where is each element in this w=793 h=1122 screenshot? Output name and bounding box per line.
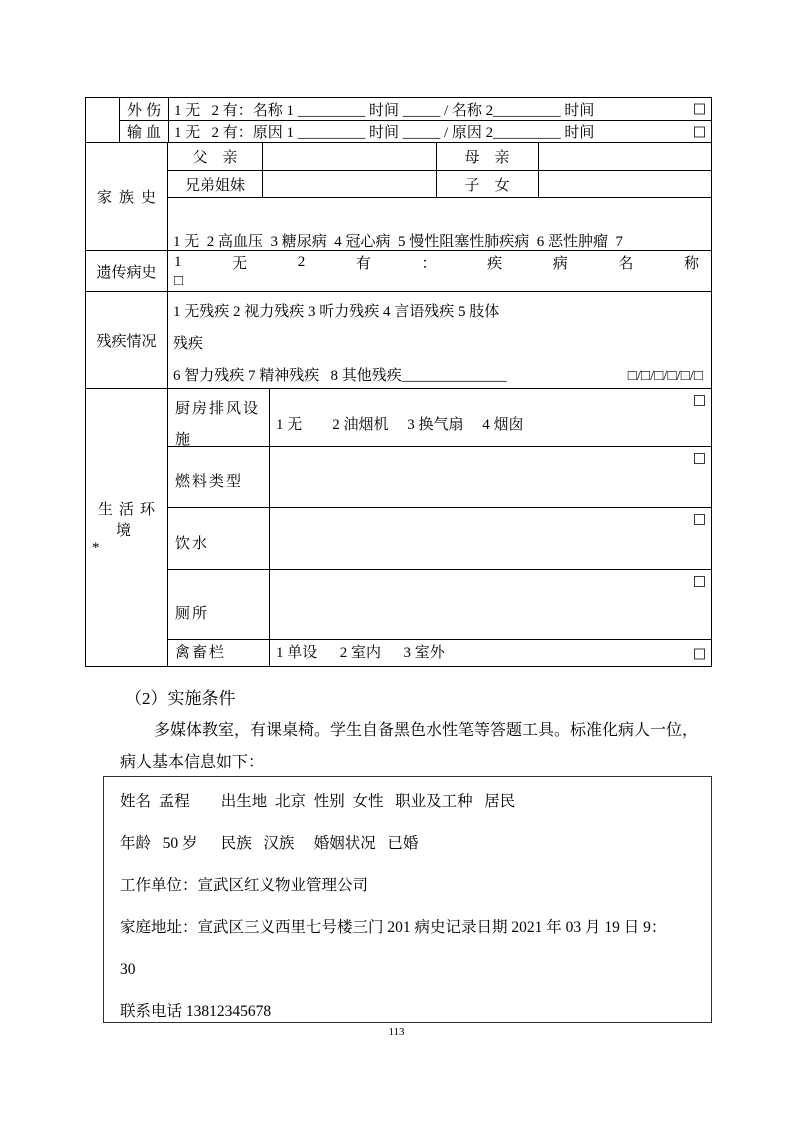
father-label: 父 亲 [168, 143, 262, 170]
livestock-pen-options: 1 单设 2 室内 3 室外 [269, 640, 711, 667]
drinking-water-options: 1 自来水 2 经净化过滤的水 3 井水 4 河湖水 5 塘 水 6 其他 [269, 508, 711, 569]
paragraph-line1: 多媒体教室，有课桌椅。学生自备黑色水性笔等答题工具。标准化病人一位， [154, 717, 698, 740]
page-number: 113 [0, 1026, 793, 1038]
checkbox-icon[interactable]: □ [168, 272, 711, 290]
checkbox-icon[interactable] [694, 576, 705, 587]
checkbox-icon[interactable] [694, 126, 705, 137]
disability-line1: 1 无残疾 2 视力残疾 3 听力残疾 4 言语残疾 5 肢体 [173, 296, 703, 328]
living-env-label-text: 生活环境 [86, 498, 167, 540]
family-history-label: 家族史 [86, 143, 167, 250]
patient-record-time-continuation: 30 [120, 949, 699, 991]
genetic-opt-1: 1 [174, 254, 182, 271]
patient-info-box: 姓名 孟程 出生地 北京 性别 女性 职业及工种 居民 年龄 50 岁 民族 汉… [103, 776, 712, 1023]
genetic-char-name2: 称 [684, 252, 699, 273]
disability-checkbox-sequence[interactable]: □/□/□/□/□/□ [628, 360, 703, 392]
empty-merged-cell [86, 98, 119, 142]
mother-value-cell[interactable] [538, 143, 712, 170]
genetic-char-name1: 名 [618, 252, 633, 273]
family-options-line1: 1 无 2 高血压 3 糖尿病 4 冠心病 5 慢性阻塞性肺疾病 6 恶性肿瘤 … [173, 234, 711, 250]
children-label: 子 女 [436, 171, 538, 197]
genetic-char-disease1: 疾 [487, 252, 502, 273]
fuel-type-row: 燃料类型 1 液化气 2 煤 3 天然气 4 沼气 5 柴火 6 其他 [168, 446, 711, 507]
father-value-cell[interactable] [262, 143, 436, 170]
siblings-label: 兄弟姐妹 [168, 171, 262, 197]
trauma-transfusion-band: 外伤 1 无 2 有：名称 1 _________ 时间 _____ / 名称 … [86, 98, 711, 142]
kitchen-vent-options-text: 1 无 2 油烟机 3 换气扇 4 烟囱 [276, 410, 711, 441]
toilet-options: 1 卫生厕所 2 一格或二格粪池式 3 马桶 4 露天粪坑 5 简易棚厕 [269, 570, 711, 639]
toilet-options-line1: 1 卫生厕所 2 一格或二格粪池式 3 马桶 4 露天粪坑 5 [276, 638, 711, 639]
livestock-pen-label: 禽畜栏 [168, 640, 269, 667]
patient-employer-line: 工作单位：宣武区红义物业管理公司 [120, 865, 699, 907]
transfusion-row: 输血 1 无 2 有：原因 1 _________ 时间 _____ / 原因 … [120, 120, 711, 142]
livestock-options-text: 1 单设 2 室内 3 室外 [276, 640, 445, 667]
checkbox-icon[interactable] [694, 648, 705, 659]
children-value-cell[interactable] [538, 171, 712, 197]
genetic-char-disease2: 病 [553, 252, 568, 273]
trauma-options: 1 无 2 有：名称 1 _________ 时间 _____ / 名称 2__… [168, 98, 711, 120]
checkbox-icon[interactable] [694, 514, 705, 525]
paragraph-line2: 病人基本信息如下： [120, 749, 264, 772]
trauma-options-text: 1 无 2 有：名称 1 _________ 时间 _____ / 名称 2__… [174, 99, 594, 120]
family-history-row: 家族史 父 亲 母 亲 兄弟姐妹 子 女 1 无 2 高血压 3 糖尿病 4 冠… [86, 142, 711, 250]
genetic-history-row: 遗传病史 1 无 2 有 ： 疾 病 名 称 □ [86, 250, 711, 291]
checkbox-icon[interactable] [694, 104, 705, 115]
genetic-opt-has: 有 [356, 252, 371, 273]
kitchen-vent-row: 厨房排风设施 1 无 2 油烟机 3 换气扇 4 烟囱 [168, 389, 711, 446]
disability-line3: 6 智力残疾 7 精神残疾 8 其他残疾______________ [173, 360, 507, 392]
transfusion-options: 1 无 2 有：原因 1 _________ 时间 _____ / 原因 2__… [168, 121, 711, 142]
disability-options: 1 无残疾 2 视力残疾 3 听力残疾 4 言语残疾 5 肢体 残疾 6 智力残… [168, 292, 711, 392]
asterisk-mark: * [86, 540, 100, 557]
kitchen-vent-label: 厨房排风设施 [168, 389, 269, 446]
transfusion-label: 输血 [120, 121, 168, 142]
health-record-table: 外伤 1 无 2 有：名称 1 _________ 时间 _____ / 名称 … [85, 97, 712, 667]
disability-row: 残疾情况 1 无残疾 2 视力残疾 3 听力残疾 4 言语残疾 5 肢体 残疾 … [86, 291, 711, 388]
drinking-water-label: 饮水 [168, 508, 269, 569]
fuel-type-options: 1 液化气 2 煤 3 天然气 4 沼气 5 柴火 6 其他 [269, 447, 711, 507]
patient-name-birthplace-line: 姓名 孟程 出生地 北京 性别 女性 职业及工种 居民 [120, 781, 699, 823]
genetic-history-label: 遗传病史 [86, 251, 167, 291]
family-history-options: 1 无 2 高血压 3 糖尿病 4 冠心病 5 慢性阻塞性肺疾病 6 恶性肿瘤 … [168, 197, 711, 250]
patient-address-line: 家庭地址：宣武区三义西里七号楼三门 201 病史记录日期 2021 年 03 月… [120, 907, 699, 949]
genetic-opt-2: 2 [298, 254, 306, 271]
patient-age-ethnicity-line: 年龄 50 岁 民族 汉族 婚姻状况 已婚 [120, 823, 699, 865]
section-heading: （2）实施条件 [125, 684, 236, 709]
toilet-row: 厕所 1 卫生厕所 2 一格或二格粪池式 3 马桶 4 露天粪坑 5 简易棚厕 [168, 569, 711, 639]
transfusion-options-text: 1 无 2 有：原因 1 _________ 时间 _____ / 原因 2__… [174, 121, 594, 142]
fuel-type-label: 燃料类型 [168, 447, 269, 507]
genetic-opt-none: 无 [232, 252, 247, 273]
disability-label: 残疾情况 [86, 292, 167, 388]
living-env-row: 生活环境 * 厨房排风设施 1 无 2 油烟机 3 换气扇 4 烟囱 燃料类型 … [86, 388, 711, 666]
siblings-value-cell[interactable] [262, 171, 436, 197]
livestock-pen-row: 禽畜栏 1 单设 2 室内 3 室外 [168, 639, 711, 667]
document-page: 外伤 1 无 2 有：名称 1 _________ 时间 _____ / 名称 … [0, 0, 793, 1122]
genetic-colon: ： [421, 252, 436, 273]
checkbox-icon[interactable] [694, 453, 705, 464]
genetic-history-options: 1 无 2 有 ： 疾 病 名 称 □ [167, 251, 711, 291]
trauma-label: 外伤 [120, 98, 168, 120]
toilet-label: 厕所 [168, 570, 269, 639]
mother-label: 母 亲 [436, 143, 538, 170]
living-env-label: 生活环境 * [86, 389, 167, 666]
checkbox-icon[interactable] [694, 395, 705, 406]
disability-line2: 残疾 [173, 328, 703, 360]
trauma-row: 外伤 1 无 2 有：名称 1 _________ 时间 _____ / 名称 … [120, 98, 711, 120]
kitchen-vent-options: 1 无 2 油烟机 3 换气扇 4 烟囱 [269, 389, 711, 446]
drinking-water-row: 饮水 1 自来水 2 经净化过滤的水 3 井水 4 河湖水 5 塘 水 6 其他 [168, 507, 711, 569]
